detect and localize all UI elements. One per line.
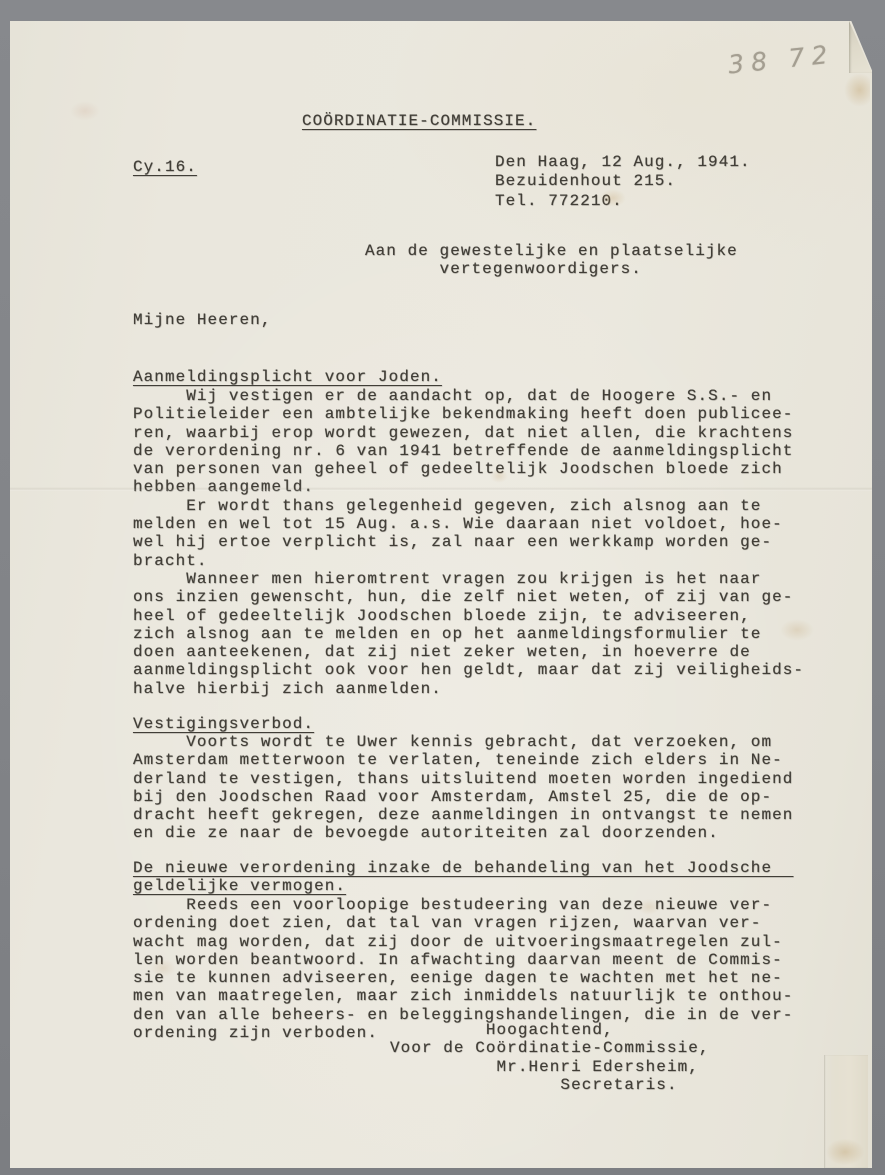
scan-background: 38 72 COÖRDINATIE-COMMISSIE. Cy.16. Den … xyxy=(0,0,885,1175)
letter-title: COÖRDINATIE-COMMISSIE. xyxy=(302,112,536,130)
section-1-heading: Aanmeldingsplicht voor Joden. xyxy=(133,368,442,386)
sender-address-block: Den Haag, 12 Aug., 1941. Bezuidenhout 21… xyxy=(495,153,751,211)
closing-signature-block: Hoogachtend, Voor de Coördinatie-Commiss… xyxy=(390,1021,710,1094)
folded-corner xyxy=(849,21,872,73)
reference-number: Cy.16. xyxy=(133,158,197,176)
paper-crease xyxy=(10,487,872,491)
handwritten-archive-number: 38 72 xyxy=(727,40,836,80)
corner-stain xyxy=(844,73,870,107)
tape-stain xyxy=(826,1139,864,1165)
foxing-stain xyxy=(70,101,100,121)
section-2-heading: Vestigingsverbod. xyxy=(133,715,314,733)
section-3-heading: De nieuwe verordening inzake de behandel… xyxy=(133,859,793,896)
letter-page: 38 72 COÖRDINATIE-COMMISSIE. Cy.16. Den … xyxy=(10,21,872,1168)
salutation: Mijne Heeren, xyxy=(133,311,271,329)
section-1-body: Wij vestigen er de aandacht op, dat de H… xyxy=(133,387,804,698)
addressee-block: Aan de gewestelijke en plaatselijke vert… xyxy=(365,242,738,279)
section-2-body: Voorts wordt te Uwer kennis gebracht, da… xyxy=(133,733,793,843)
